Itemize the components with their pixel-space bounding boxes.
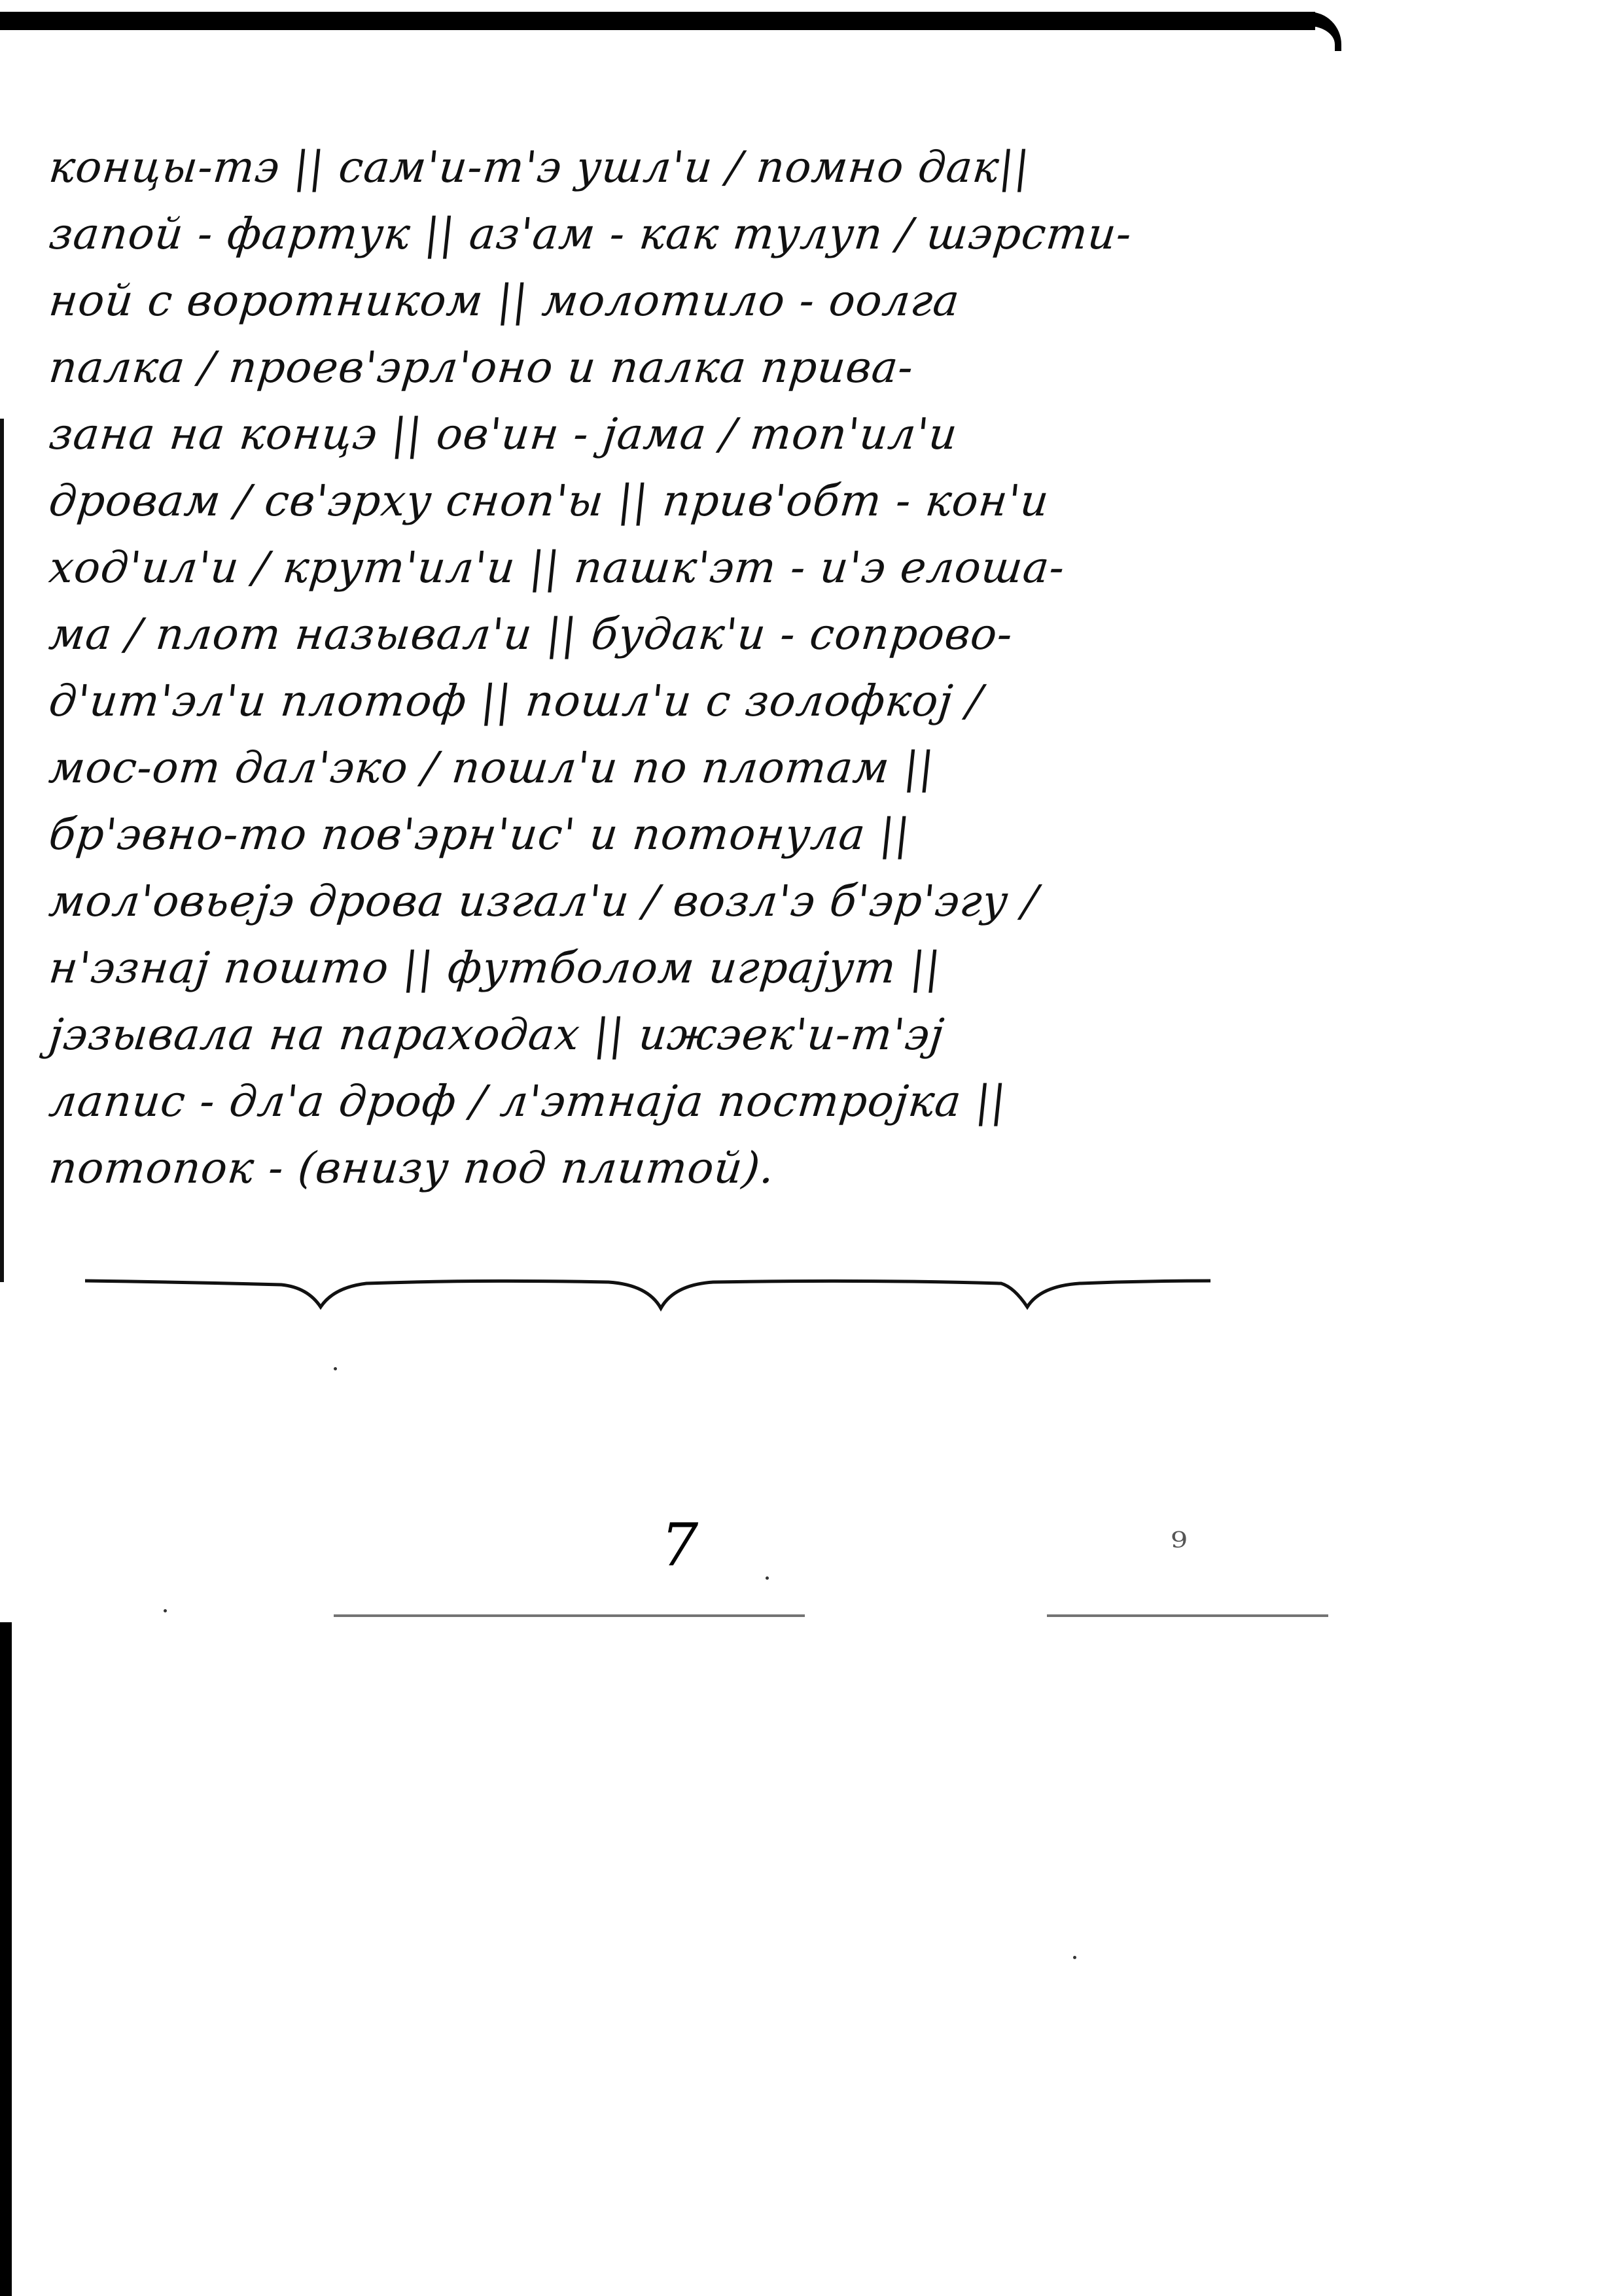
text-line: зана на концэ || ов'ин - jама / топ'ил'и [46,401,1218,468]
text-line: jэзывала на параходах || ижэек'и-т'эj [46,1001,1218,1068]
scan-left-border [0,1622,12,2296]
scan-speck [334,1367,337,1370]
text-line: концы-тэ || сам'и-т'э ушл'и / помно дак|… [46,134,1218,201]
text-line: бр'эвно-то пов'эрн'ис' и потонула || [46,801,1218,868]
scan-speck [164,1609,167,1612]
text-line: дровам / св'эрху сноп'ы || прив'обт - ко… [46,468,1218,534]
curly-brace-divider [85,1276,1210,1315]
scan-left-edge [0,419,4,1282]
text-line: потопок - (внизу под плитой). [46,1135,1218,1202]
page-number: 7 [661,1511,698,1580]
scan-top-border-corner [1302,12,1341,51]
text-line: д'ит'эл'и плотоф || пошл'и с золофкоj / [46,668,1218,735]
corner-mark: ⁹ [1171,1524,1187,1570]
handwritten-text-block: концы-тэ || сам'и-т'э ушл'и / помно дак|… [46,134,1210,1202]
scan-speck [1073,1956,1076,1959]
text-line: мол'овьеjэ дрова изгал'и / возл'э б'эр'э… [46,868,1218,935]
scanned-page: концы-тэ || сам'и-т'э ушл'и / помно дак|… [0,0,1607,2296]
text-line: запой - фартук || аз'ам - как тулуп / шэ… [46,201,1218,268]
text-line: ной с воротником || молотило - оолга [46,268,1218,334]
scan-top-border [0,12,1315,30]
scan-speck [766,1576,769,1580]
text-line: ма / плот называл'и || будак'и - сопрово… [46,601,1218,668]
text-line: мос-от дал'эко / пошл'и по плотам || [46,735,1218,801]
bottom-rule-right [1047,1614,1328,1617]
text-line: лапис - дл'а дроф / л'этнаjа построjка |… [46,1068,1218,1135]
bottom-rule-left [334,1614,805,1617]
text-line: палка / проев'эрл'оно и палка прива- [46,334,1218,401]
text-line: н'эзнаj пошто || футболом играjут || [46,935,1218,1001]
text-line: ход'ил'и / крут'ил'и || пашк'эт - и'э ел… [46,534,1218,601]
